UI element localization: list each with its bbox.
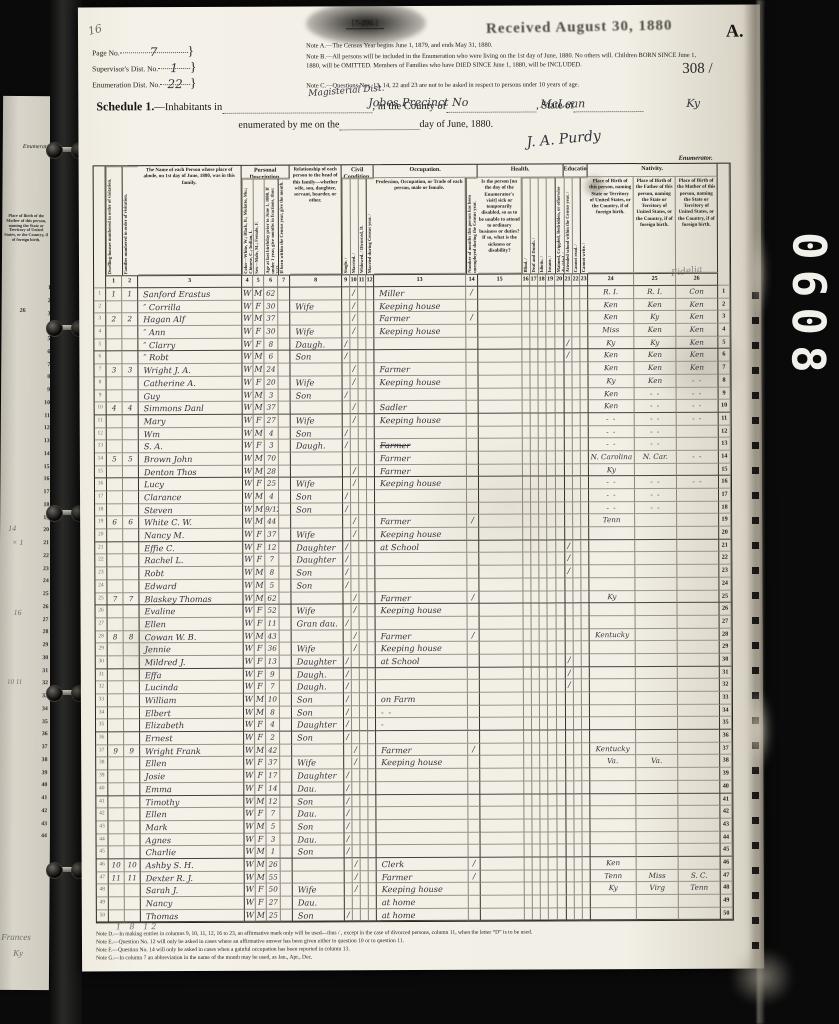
census-cell: 52: [266, 605, 280, 618]
census-cell: M: [254, 503, 265, 516]
census-cell: [377, 832, 469, 845]
row-line-number-right: 20: [719, 527, 731, 540]
census-cell: [369, 909, 377, 922]
prev-line-number: 11: [38, 413, 50, 419]
census-cell: - -: [677, 476, 719, 489]
census-cell: [564, 362, 572, 375]
enumerated-text-2: day of June, 1880.: [419, 119, 493, 130]
census-cell: [556, 426, 565, 439]
census-cell: [525, 870, 533, 883]
census-cell: W: [244, 618, 255, 631]
census-cell: [590, 794, 636, 807]
census-cell: W: [243, 491, 254, 504]
prev-line-number: 39: [35, 770, 47, 776]
census-cell: /: [466, 312, 478, 325]
census-cell: M: [253, 313, 264, 326]
census-cell: Nancy: [141, 897, 245, 910]
census-cell: [590, 667, 636, 680]
census-cell: [367, 554, 375, 567]
col-number-8: 8: [290, 274, 342, 287]
census-cell: [581, 426, 589, 439]
census-cell: [582, 768, 590, 781]
census-cell: [532, 629, 540, 642]
census-cell: [524, 616, 532, 629]
census-cell: 28: [265, 465, 279, 478]
census-cell: Son: [291, 427, 343, 440]
census-cell: Wife: [293, 884, 345, 897]
census-cell: Timothy: [140, 795, 244, 808]
census-cell: W: [242, 351, 253, 364]
census-cell: F: [256, 897, 267, 910]
census-cell: [539, 413, 547, 426]
census-cell: [368, 731, 376, 744]
census-cell: Ellen: [140, 808, 244, 821]
census-cell: [350, 351, 358, 364]
census-cell: [637, 908, 679, 921]
census-cell: [108, 821, 124, 834]
census-cell: [531, 477, 539, 490]
census-cell: [566, 705, 574, 718]
census-cell: [581, 477, 589, 490]
census-cell: Dau.: [292, 808, 344, 821]
census-cell: Son: [290, 351, 342, 364]
census-cell: [565, 439, 573, 452]
census-cell: [479, 401, 523, 414]
row-line-number-right: 14: [719, 451, 731, 464]
col-number-24: 24: [588, 273, 634, 286]
census-cell: [351, 440, 359, 453]
row-line-number-left: 45: [97, 847, 109, 860]
census-cell: [573, 388, 581, 401]
prev-column-number: 26: [20, 308, 26, 314]
census-cell: [108, 808, 124, 821]
census-cell: [581, 565, 589, 578]
group-header-1: Personal Description.: [242, 166, 290, 179]
census-cell: Daughter: [292, 719, 344, 732]
census-cell: [124, 821, 140, 834]
census-cell: [635, 540, 677, 553]
census-cell: [123, 504, 139, 517]
census-cell: [556, 375, 565, 388]
census-cell: [574, 794, 582, 807]
census-cell: Son: [293, 846, 345, 859]
census-cell: W: [242, 364, 253, 377]
census-cell: [478, 299, 522, 312]
census-cell: [549, 883, 558, 896]
census-cell: [547, 375, 556, 388]
census-cell: [540, 743, 548, 756]
row-line-number-left: 5: [94, 339, 106, 352]
census-cell: [564, 324, 572, 337]
census-cell: 13: [266, 656, 280, 669]
census-cell: [359, 401, 367, 414]
census-cell: 9: [266, 668, 280, 681]
census-cell: [344, 757, 352, 770]
census-cell: /: [350, 325, 358, 338]
census-cell: - -: [589, 489, 635, 502]
census-cell: [635, 578, 677, 591]
census-cell: [280, 681, 292, 694]
census-cell: [539, 451, 547, 464]
census-cell: [549, 832, 558, 845]
census-cell: [369, 896, 377, 909]
census-cell: [590, 730, 636, 743]
census-cell: [367, 389, 375, 402]
col-header-24: Place of Birth of this person, naming St…: [588, 177, 634, 273]
census-cell: William: [140, 694, 244, 707]
prev-line-number: 5: [38, 336, 50, 342]
census-cell: [677, 539, 719, 552]
census-cell: [351, 579, 359, 592]
census-cell: [564, 299, 572, 312]
census-cell: [375, 388, 467, 401]
census-cell: [360, 757, 368, 770]
census-cell: 7: [107, 593, 123, 606]
census-cell: [467, 376, 479, 389]
census-cell: [573, 451, 581, 464]
row-line-number-right: 39: [720, 768, 732, 781]
census-cell: [278, 300, 290, 313]
census-cell: [539, 439, 547, 452]
census-cell: 10: [125, 859, 141, 872]
census-cell: [366, 351, 374, 364]
census-cell: [539, 566, 547, 579]
census-cell: [524, 743, 532, 756]
census-cell: [279, 453, 291, 466]
census-cell: /: [344, 655, 352, 668]
census-cell: [480, 781, 524, 794]
district-name-hw: Jobes Precinct No: [368, 96, 468, 109]
census-cell: 4: [107, 402, 123, 415]
census-cell: [280, 694, 292, 707]
census-cell: - -: [635, 438, 677, 451]
census-cell: [367, 490, 375, 503]
census-cell: Lucinda: [140, 681, 244, 694]
census-cell: [573, 578, 581, 591]
census-cell: [546, 363, 555, 376]
census-cell: [636, 730, 678, 743]
census-cell: [565, 477, 573, 490]
census-cell: [352, 795, 360, 808]
census-cell: [367, 541, 375, 554]
census-cell: Dau.: [292, 782, 344, 795]
census-cell: 44: [265, 516, 279, 529]
prev-line-number: 12: [38, 425, 50, 431]
census-cell: [566, 730, 574, 743]
group-header-5: Education.: [564, 164, 588, 177]
col-number-14: 14: [466, 274, 478, 287]
census-cell: [107, 428, 123, 441]
census-cell: [548, 654, 557, 667]
census-cell: [524, 642, 532, 655]
census-cell: /: [566, 680, 574, 693]
prev-line-number: 38: [35, 757, 47, 763]
row-line-number-left: 33: [96, 694, 108, 707]
census-cell: [366, 287, 374, 300]
census-cell: [523, 439, 531, 452]
census-cell: [480, 819, 524, 832]
census-cell: Mary: [139, 415, 243, 428]
census-cell: [557, 718, 566, 731]
census-cell: - -: [589, 438, 635, 451]
col-number-2: 2: [122, 275, 138, 288]
census-cell: [479, 413, 523, 426]
census-cell: [124, 618, 140, 631]
census-cell: [280, 808, 292, 821]
row-line-number-left: 50: [97, 910, 109, 923]
census-cell: [352, 731, 360, 744]
census-cell: [548, 807, 557, 820]
col-header-4: Color—White, W.; Black, B.; Mulatto, Mu.…: [242, 179, 253, 275]
census-cell: [565, 388, 573, 401]
census-cell: [590, 819, 636, 832]
census-cell: Wife: [292, 757, 344, 770]
row-line-number-left: 21: [95, 542, 107, 555]
row-line-number-right: 17: [719, 489, 731, 502]
census-cell: [376, 680, 468, 693]
received-stamp: Received August 30, 1880: [486, 18, 673, 38]
census-cell: [468, 769, 480, 782]
census-cell: [367, 528, 375, 541]
census-cell: [122, 352, 138, 365]
census-cell: [574, 819, 582, 832]
census-cell: [637, 831, 679, 844]
census-cell: Daughter: [291, 554, 343, 567]
census-cell: [279, 440, 291, 453]
census-cell: [467, 540, 479, 553]
census-cell: [109, 885, 125, 898]
census-cell: /: [344, 719, 352, 732]
census-cell: 37: [264, 313, 278, 326]
census-cell: [107, 415, 123, 428]
row-line-number-left: 16: [95, 479, 107, 492]
census-cell: [548, 756, 557, 769]
census-cell: [368, 820, 376, 833]
census-cell: Ken: [589, 388, 635, 401]
census-cell: [540, 629, 548, 642]
row-line-number-right: 37: [720, 742, 732, 755]
census-cell: [531, 528, 539, 541]
census-cell: [374, 350, 466, 363]
census-cell: [107, 491, 123, 504]
census-cell: F: [255, 732, 266, 745]
census-cell: [292, 630, 344, 643]
census-cell: [352, 820, 360, 833]
census-cell: [480, 680, 524, 693]
census-cell: [468, 718, 480, 731]
census-cell: [359, 554, 367, 567]
census-cell: Catherine A.: [139, 377, 243, 390]
census-cell: [580, 350, 588, 363]
census-cell: [480, 769, 524, 782]
census-cell: [677, 438, 719, 451]
census-cell: Wife: [291, 478, 343, 491]
census-cell: [369, 845, 377, 858]
col-number-18: 18: [538, 273, 546, 286]
census-cell: [352, 617, 360, 630]
census-cell: [344, 744, 352, 757]
census-cell: [525, 883, 533, 896]
census-cell: [548, 692, 557, 705]
census-cell: [546, 350, 555, 363]
census-cell: [290, 363, 342, 376]
census-cell: [278, 364, 290, 377]
census-cell: [525, 845, 533, 858]
census-cell: [581, 502, 589, 515]
census-cell: [345, 884, 353, 897]
census-cell: [574, 603, 582, 616]
enumeration-value: 22: [164, 77, 185, 91]
census-cell: [343, 516, 351, 529]
census-cell: [635, 565, 677, 578]
col-number-13: 13: [374, 274, 466, 287]
census-cell: W: [244, 719, 255, 732]
census-cell: [358, 325, 366, 338]
census-cell: Con: [676, 286, 718, 299]
census-cell: [538, 325, 546, 338]
census-cell: M: [254, 465, 265, 478]
enumerator-label: Enumerator.: [679, 155, 713, 162]
census-cell: [580, 362, 588, 375]
census-cell: [567, 857, 575, 870]
census-cell: 27: [267, 897, 281, 910]
census-cell: [108, 707, 124, 720]
census-cell: S. C.: [679, 869, 721, 882]
census-cell: [376, 794, 468, 807]
enumerator-signature: J. A. Purdy: [526, 128, 602, 151]
row-line-number-right: 5: [718, 336, 730, 349]
census-cell: /: [344, 807, 352, 820]
census-cell: [582, 781, 590, 794]
row-line-number-right: 25: [719, 590, 731, 603]
col-number-20: 20: [555, 273, 564, 286]
census-cell: [566, 604, 574, 617]
row-line-number-left: 2: [94, 301, 106, 314]
census-cell: 7: [266, 681, 280, 694]
census-cell: [360, 693, 368, 706]
census-cell: Ken: [588, 311, 634, 324]
census-cell: Son: [292, 693, 344, 706]
census-cell: [564, 286, 572, 299]
census-cell: [636, 743, 678, 756]
census-cell: [546, 324, 555, 337]
census-cell: 25: [265, 478, 279, 491]
census-cell: [360, 731, 368, 744]
census-cell: [557, 807, 566, 820]
census-cell: [281, 846, 293, 859]
census-cell: [524, 693, 532, 706]
census-cell: [590, 641, 636, 654]
census-cell: [107, 441, 123, 454]
census-cell: [468, 731, 480, 744]
census-cell: [582, 705, 590, 718]
census-cell: [352, 693, 360, 706]
census-cell: [278, 351, 290, 364]
census-cell: Daughter: [292, 655, 344, 668]
census-cell: [524, 629, 532, 642]
census-cell: [556, 464, 565, 477]
line-col-right-header: [718, 164, 731, 286]
census-cell: [466, 363, 478, 376]
census-cell: Edward: [139, 580, 243, 593]
census-cell: [546, 299, 555, 312]
census-cell: [369, 833, 377, 846]
census-cell: [532, 756, 540, 769]
census-cell: [565, 515, 573, 528]
census-cell: [106, 352, 122, 365]
census-cell: [557, 794, 566, 807]
supervisor-value: 1: [167, 61, 181, 75]
census-cell: Wife: [292, 605, 344, 618]
census-cell: [531, 375, 539, 388]
census-cell: [122, 326, 138, 339]
previous-page-edge: Enumerator. Place of Birth of the Mother…: [0, 96, 55, 990]
census-cell: W: [244, 795, 255, 808]
supervisor-label: Supervisor's Dist. No.: [92, 64, 158, 73]
census-cell: [572, 312, 580, 325]
census-cell: [574, 680, 582, 693]
census-cell: [524, 807, 532, 820]
census-cell: 27: [265, 414, 279, 427]
census-cell: [574, 654, 582, 667]
census-cell: [539, 477, 547, 490]
schedule-text-1: —Inhabitants in: [154, 102, 222, 113]
census-cell: /: [565, 553, 573, 566]
census-cell: [523, 401, 531, 414]
census-cell: 6: [264, 351, 278, 364]
census-cell: [123, 390, 139, 403]
prev-line-number: 42: [35, 808, 47, 814]
census-cell: [467, 388, 479, 401]
census-cell: [281, 884, 293, 897]
col-number-15: 15: [478, 274, 522, 287]
row-line-number-left: 30: [96, 656, 108, 669]
census-cell: [352, 681, 360, 694]
census-cell: [107, 529, 123, 542]
prev-pencil-fragment: × 1: [12, 538, 23, 547]
census-cell: 8: [108, 631, 124, 644]
census-cell: /: [350, 300, 358, 313]
row-line-number-right: 24: [719, 577, 731, 590]
census-cell: 50: [267, 884, 281, 897]
census-cell: 3: [267, 833, 281, 846]
census-cell: [582, 806, 590, 819]
census-cell: [556, 553, 565, 566]
census-cell: [582, 616, 590, 629]
census-cell: [557, 730, 566, 743]
census-cell: Ken: [634, 324, 676, 337]
census-cell: [581, 527, 589, 540]
census-cell: [677, 552, 719, 565]
census-cell: Keeping house: [375, 414, 467, 427]
census-cell: [558, 883, 567, 896]
census-cell: Son: [292, 731, 344, 744]
row-line-number-left: 37: [96, 745, 108, 758]
census-cell: - -: [635, 502, 677, 515]
col-header-26: Place of Birth of the Mother of this per…: [676, 177, 718, 273]
census-cell: 4: [123, 402, 139, 415]
census-cell: [573, 515, 581, 528]
census-cell: [558, 908, 567, 921]
census-cell: [567, 883, 575, 896]
census-cell: Son: [291, 389, 343, 402]
census-cell: W: [245, 871, 256, 884]
col-number-16: 16: [522, 274, 530, 287]
col-header-8: Relationship of each person to the head …: [290, 165, 342, 274]
census-cell: W: [244, 783, 255, 796]
census-cell: W: [243, 529, 254, 542]
census-cell: W: [243, 402, 254, 415]
